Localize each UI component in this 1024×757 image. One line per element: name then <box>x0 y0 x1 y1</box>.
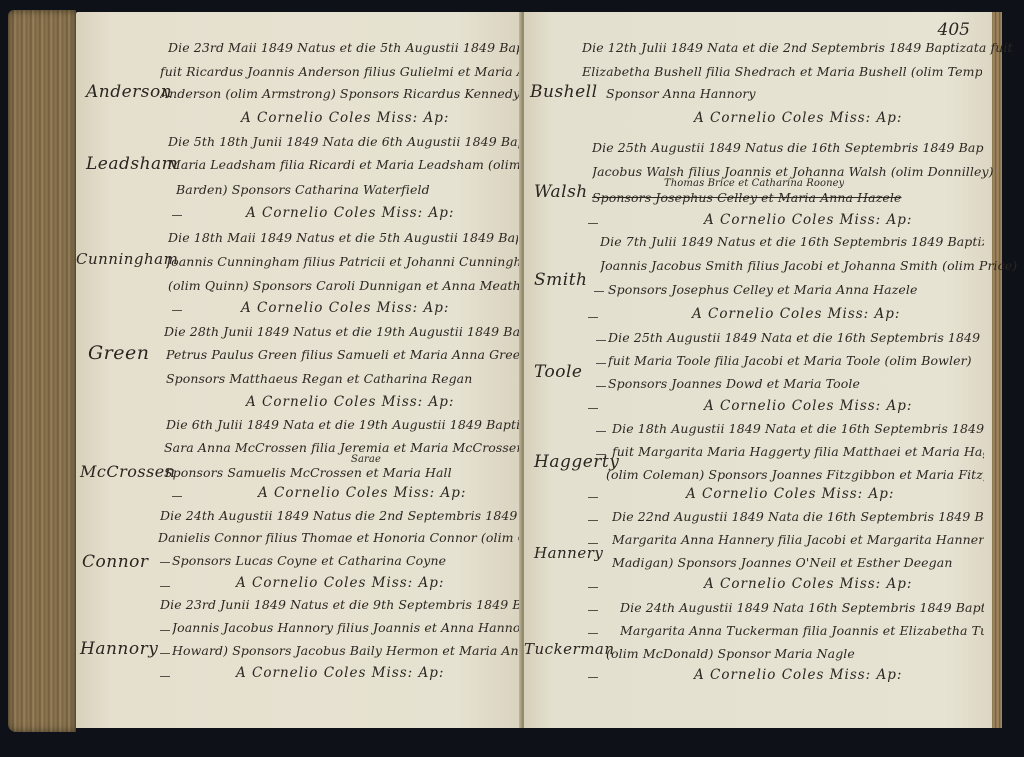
priest-signature: A Cornelio Coles Miss: Ap: <box>694 667 902 683</box>
entry-line: Margarita Anna Tuckerman filia Joannis e… <box>620 623 984 638</box>
margin-surname: Smith <box>534 270 587 290</box>
priest-signature: A Cornelio Coles Miss: Ap: <box>258 485 466 501</box>
entry-line: Die 22nd Augustii 1849 Nata die 16th Sep… <box>612 509 984 524</box>
entry-line: Margarita Anna Hannery filia Jacobi et M… <box>612 532 984 547</box>
priest-signature: A Cornelio Coles Miss: Ap: <box>246 205 454 221</box>
entry-line: Sara Anna McCrossen filia Jeremia et Mar… <box>164 440 520 455</box>
entry-line: Maria Leadsham filia Ricardi et Maria Le… <box>168 157 521 172</box>
entry-line: Petrus Paulus Green filius Samueli et Ma… <box>166 347 520 362</box>
entry-line: Die 24th Augustii 1849 Nata 16th Septemb… <box>620 600 984 615</box>
dash-mark <box>588 497 598 498</box>
margin-surname: Walsh <box>534 182 588 202</box>
entry-line: Jacobus Walsh filius Joannis et Johanna … <box>592 164 994 179</box>
priest-signature: A Cornelio Coles Miss: Ap: <box>704 576 912 592</box>
margin-surname: Leadsham <box>86 154 178 174</box>
dash-mark <box>588 408 598 409</box>
dash-mark <box>588 587 598 588</box>
entry-line: fuit Maria Toole filia Jacobi et Maria T… <box>608 353 972 368</box>
entry-line: Sponsor Anna Hannory <box>606 86 756 101</box>
entry-line: Die 12th Julii 1849 Nata et die 2nd Sept… <box>582 40 1013 55</box>
dash-mark <box>588 317 598 318</box>
dash-mark <box>596 340 606 341</box>
entry-line: Die 23rd Maii 1849 Natus et die 5th Augu… <box>168 40 567 55</box>
entry-line: Die 24th Augustii 1849 Natus die 2nd Sep… <box>160 508 520 523</box>
entry-line: Die 28th Junii 1849 Natus et die 19th Au… <box>164 324 520 339</box>
entry-line: Anderson (olim Armstrong) Sponsors Ricar… <box>160 86 520 101</box>
dash-mark <box>160 653 170 654</box>
entry-line: Joannis Cunningham filius Patricii et Jo… <box>166 254 520 269</box>
entry-line: fuit Margarita Maria Haggerty filia Matt… <box>612 444 984 459</box>
entry-line: Barden) Sponsors Catharina Waterfield <box>176 182 430 197</box>
margin-surname: Green <box>88 342 150 364</box>
entry-line: Die 18th Augustii 1849 Nata et die 16th … <box>612 421 984 436</box>
dash-mark <box>588 520 598 521</box>
entry-line: Die 25th Augustii 1849 Nata et die 16th … <box>608 330 984 345</box>
priest-signature: A Cornelio Coles Miss: Ap: <box>692 306 900 322</box>
dash-mark <box>594 291 604 292</box>
margin-surname: Bushell <box>530 82 598 102</box>
dash-mark <box>588 633 598 634</box>
priest-signature: A Cornelio Coles Miss: Ap: <box>236 575 444 591</box>
dash-mark <box>596 363 606 364</box>
priest-signature: A Cornelio Coles Miss: Ap: <box>236 665 444 681</box>
margin-surname: Hannory <box>80 639 158 659</box>
interlinear-correction: Thomas Brice et Catharina Rooney <box>664 178 844 189</box>
entry-line: Elizabetha Bushell filia Shedrach et Mar… <box>582 64 982 79</box>
dash-mark <box>160 676 170 677</box>
entry-line: Sponsors Samuelis McCrossen et Maria Hal… <box>164 465 452 480</box>
page-edges-left <box>8 10 76 732</box>
entry-line: Joannis Jacobus Hannory filius Joannis e… <box>172 620 520 635</box>
margin-surname: Hannery <box>534 544 603 562</box>
entry-line: Madigan) Sponsors Joannes O'Neil et Esth… <box>612 555 953 570</box>
margin-surname: Tuckerman <box>524 640 615 658</box>
entry-line: Sponsors Lucas Coyne et Catharina Coyne <box>172 553 446 568</box>
dash-mark <box>160 562 170 563</box>
dash-mark <box>596 431 606 432</box>
interlinear-correction: Sarae <box>351 454 381 465</box>
entry-line: Sponsors Joannes Dowd et Maria Toole <box>608 376 860 391</box>
priest-signature: A Cornelio Coles Miss: Ap: <box>241 300 449 316</box>
left-page: Die 23rd Maii 1849 Natus et die 5th Augu… <box>76 12 522 728</box>
dash-mark <box>160 586 170 587</box>
margin-surname: Cunningham <box>76 250 178 268</box>
entry-line: (olim McDonald) Sponsor Maria Nagle <box>606 646 855 661</box>
entry-line: Joannis Jacobus Smith filius Jacobi et J… <box>600 258 1017 273</box>
entry-line: (olim Coleman) Sponsors Joannes Fitzgibb… <box>606 467 984 482</box>
entry-line: Die 18th Maii 1849 Natus et die 5th Augu… <box>168 230 518 245</box>
entry-line: Die 23rd Junii 1849 Natus et die 9th Sep… <box>160 597 520 612</box>
entry-line: Sponsors Matthaeus Regan et Catharina Re… <box>166 371 472 386</box>
priest-signature: A Cornelio Coles Miss: Ap: <box>246 394 454 410</box>
dash-mark <box>172 310 182 311</box>
margin-surname: Toole <box>534 362 583 382</box>
priest-signature: A Cornelio Coles Miss: Ap: <box>694 110 902 126</box>
entry-line: Die 6th Julii 1849 Nata et die 19th Augu… <box>166 417 520 432</box>
priest-signature: A Cornelio Coles Miss: Ap: <box>241 110 449 126</box>
entry-line: Howard) Sponsors Jacobus Baily Hermon et… <box>172 643 520 658</box>
dash-mark <box>160 630 170 631</box>
margin-surname: Connor <box>82 552 149 572</box>
entry-line: fuit Ricardus Joannis Anderson filius Gu… <box>160 64 550 79</box>
priest-signature: A Cornelio Coles Miss: Ap: <box>704 398 912 414</box>
dash-mark <box>588 610 598 611</box>
entry-line: Danielis Connor filius Thomae et Honoria… <box>158 530 557 545</box>
entry-line: Sponsors Josephus Celley et Maria Anna H… <box>608 282 918 297</box>
dash-mark <box>588 223 598 224</box>
struck-entry-line: Sponsors Josephus Celley et Maria Anna H… <box>592 190 902 205</box>
entry-line: (olim Quinn) Sponsors Caroli Dunnigan et… <box>168 278 528 293</box>
entry-line: Die 25th Augustii 1849 Natus die 16th Se… <box>592 140 984 155</box>
priest-signature: A Cornelio Coles Miss: Ap: <box>686 486 894 502</box>
dash-mark <box>596 386 606 387</box>
right-page: 405 Die 12th Julii 1849 Nata et die 2nd … <box>524 12 992 728</box>
dash-mark <box>172 215 182 216</box>
entry-line: Die 7th Julii 1849 Natus et die 16th Sep… <box>600 234 984 249</box>
dash-mark <box>172 496 182 497</box>
priest-signature: A Cornelio Coles Miss: Ap: <box>704 212 912 228</box>
page-number: 405 <box>938 20 970 40</box>
dash-mark <box>588 677 598 678</box>
page-edges-right <box>992 12 1002 728</box>
margin-surname: McCrossen <box>80 462 176 481</box>
